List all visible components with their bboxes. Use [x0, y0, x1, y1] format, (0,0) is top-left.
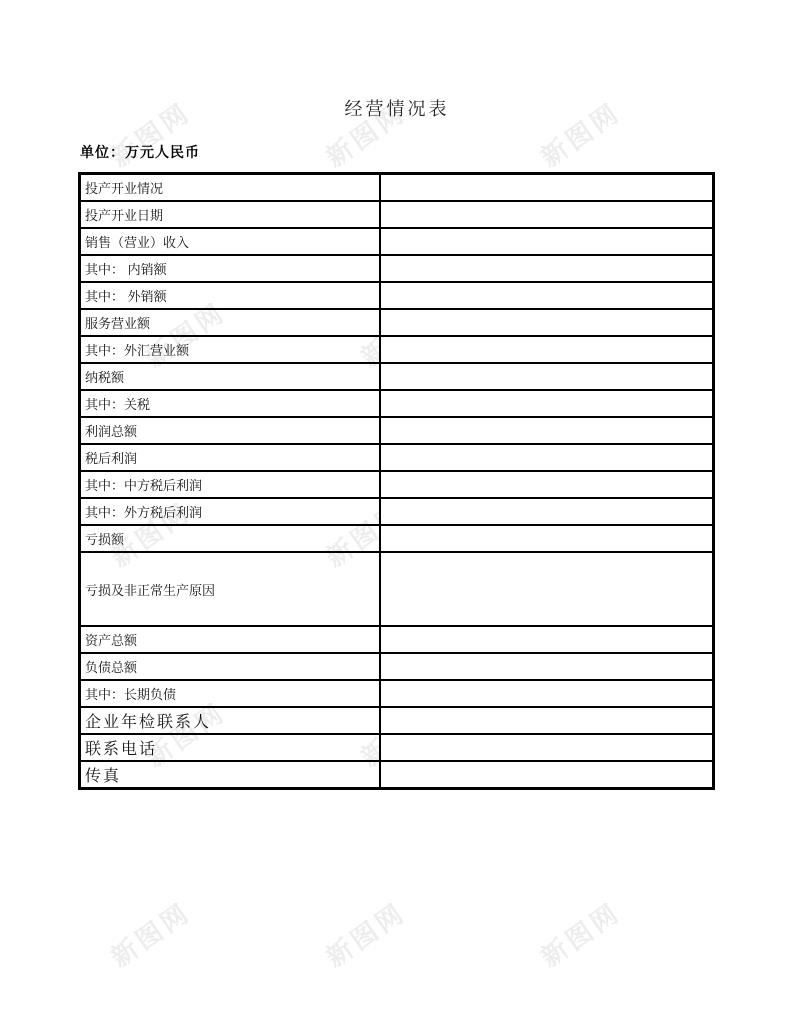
unit-label: 单位：万元人民币 — [80, 142, 200, 162]
table-row: 其中：外方税后利润 — [80, 498, 714, 525]
row-value-cell[interactable] — [380, 680, 714, 707]
row-value-cell[interactable] — [380, 336, 714, 363]
table-row: 资产总额 — [80, 626, 714, 653]
row-label: 服务营业额 — [80, 309, 381, 336]
row-label: 负债总额 — [80, 653, 381, 680]
row-label: 纳税额 — [80, 363, 381, 390]
row-value-cell[interactable] — [380, 228, 714, 255]
row-label: 亏损额 — [80, 525, 381, 552]
table-row: 亏损及非正常生产原因 — [80, 552, 714, 626]
table-row: 其中：关税 — [80, 390, 714, 417]
row-label: 其中：外方税后利润 — [80, 498, 381, 525]
watermark-text: 新图网 — [318, 893, 413, 975]
row-value-cell[interactable] — [380, 707, 714, 734]
table-row: 投产开业情况 — [80, 174, 714, 202]
row-label: 其中： 外销额 — [80, 282, 381, 309]
table-row: 利润总额 — [80, 417, 714, 444]
row-label: 其中：长期负债 — [80, 680, 381, 707]
table-row: 负债总额 — [80, 653, 714, 680]
row-value-cell[interactable] — [380, 444, 714, 471]
row-value-cell[interactable] — [380, 255, 714, 282]
row-label: 投产开业情况 — [80, 174, 381, 202]
row-label: 亏损及非正常生产原因 — [80, 552, 381, 626]
row-label: 其中： 内销额 — [80, 255, 381, 282]
row-value-cell[interactable] — [380, 653, 714, 680]
row-label: 其中：中方税后利润 — [80, 471, 381, 498]
row-label: 其中：关税 — [80, 390, 381, 417]
table-row: 纳税额 — [80, 363, 714, 390]
table-row: 其中：长期负债 — [80, 680, 714, 707]
row-label: 资产总额 — [80, 626, 381, 653]
row-value-cell[interactable] — [380, 525, 714, 552]
table-row: 其中： 内销额 — [80, 255, 714, 282]
row-label: 利润总额 — [80, 417, 381, 444]
row-value-cell[interactable] — [380, 552, 714, 626]
row-value-cell[interactable] — [380, 626, 714, 653]
table-row: 亏损额 — [80, 525, 714, 552]
form-page: 新图网新图网新图网新图网新图网新图网新图网新图网新图网新图网新图网新图网新图网新… — [0, 0, 794, 1025]
row-label: 投产开业日期 — [80, 201, 381, 228]
table-row: 其中： 外销额 — [80, 282, 714, 309]
table-body: 投产开业情况投产开业日期销售（营业）收入其中： 内销额其中： 外销额服务营业额其… — [80, 174, 714, 789]
table-row: 销售（营业）收入 — [80, 228, 714, 255]
row-label: 传真 — [80, 761, 381, 789]
watermark-text: 新图网 — [533, 893, 628, 975]
row-value-cell[interactable] — [380, 761, 714, 789]
table-row: 其中：外汇营业额 — [80, 336, 714, 363]
row-value-cell[interactable] — [380, 309, 714, 336]
row-value-cell[interactable] — [380, 201, 714, 228]
row-value-cell[interactable] — [380, 363, 714, 390]
business-table: 投产开业情况投产开业日期销售（营业）收入其中： 内销额其中： 外销额服务营业额其… — [78, 172, 715, 790]
row-value-cell[interactable] — [380, 417, 714, 444]
table-row: 企业年检联系人 — [80, 707, 714, 734]
row-value-cell[interactable] — [380, 498, 714, 525]
row-label: 联系电话 — [80, 734, 381, 761]
row-value-cell[interactable] — [380, 471, 714, 498]
table-row: 其中：中方税后利润 — [80, 471, 714, 498]
row-label: 其中：外汇营业额 — [80, 336, 381, 363]
table-row: 联系电话 — [80, 734, 714, 761]
table-row: 投产开业日期 — [80, 201, 714, 228]
page-title: 经营情况表 — [0, 95, 794, 121]
table-row: 税后利润 — [80, 444, 714, 471]
row-value-cell[interactable] — [380, 282, 714, 309]
row-value-cell[interactable] — [380, 390, 714, 417]
watermark-text: 新图网 — [103, 893, 198, 975]
table-row: 服务营业额 — [80, 309, 714, 336]
row-label: 税后利润 — [80, 444, 381, 471]
row-value-cell[interactable] — [380, 734, 714, 761]
row-value-cell[interactable] — [380, 174, 714, 202]
row-label: 企业年检联系人 — [80, 707, 381, 734]
table-row: 传真 — [80, 761, 714, 789]
row-label: 销售（营业）收入 — [80, 228, 381, 255]
